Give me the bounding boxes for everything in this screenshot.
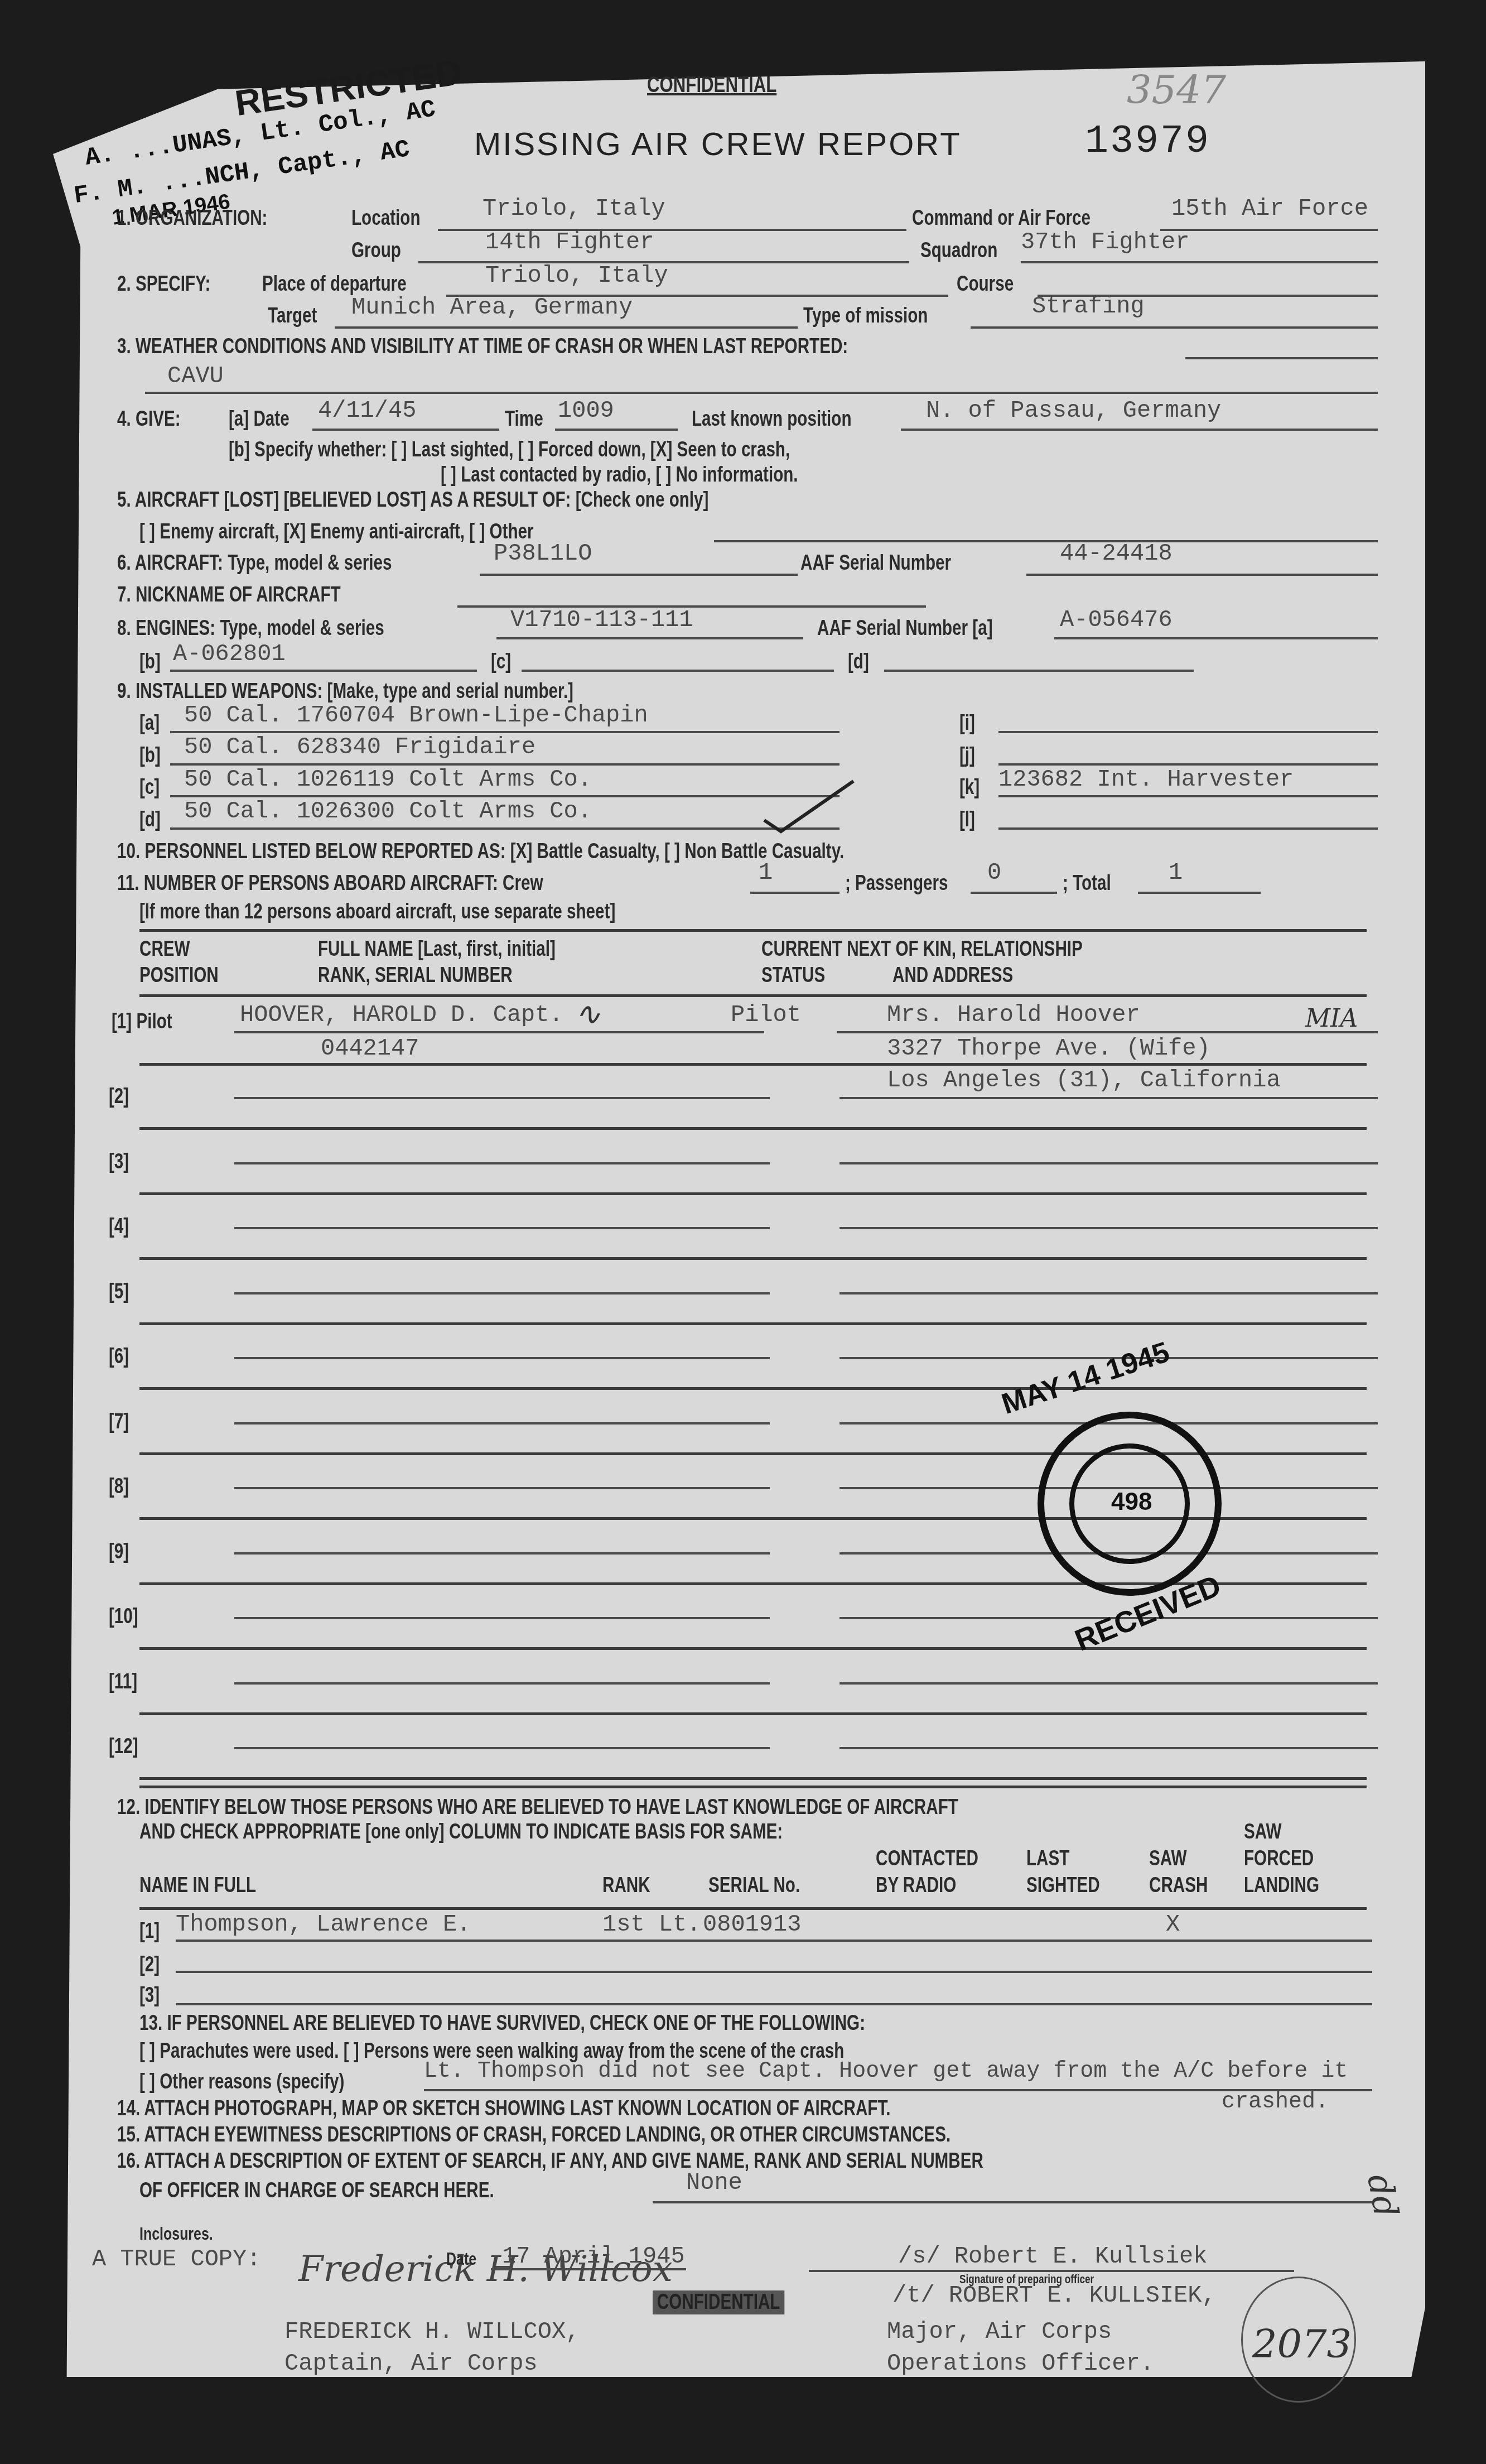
time-value: 1009 bbox=[558, 397, 614, 424]
weapon-key: [d] bbox=[139, 808, 161, 832]
weapon-line bbox=[998, 827, 1378, 830]
weapon-value: 50 Cal. 1026300 Colt Arms Co. bbox=[184, 798, 592, 825]
col-saw-crash-a: SAW bbox=[1149, 1847, 1187, 1871]
handwritten-file-number: 3547 bbox=[1127, 67, 1226, 113]
rank-serial-header: RANK, SERIAL NUMBER bbox=[318, 964, 513, 988]
section-3-label: 3. WEATHER CONDITIONS AND VISIBILITY AT … bbox=[117, 335, 848, 359]
section-12-label-line1: 12. IDENTIFY BELOW THOSE PERSONS WHO ARE… bbox=[117, 1796, 958, 1820]
engine-serial-b: A-062801 bbox=[173, 641, 286, 667]
section-8-label: 8. ENGINES: Type, model & series bbox=[117, 617, 384, 641]
margin-initials: dd bbox=[1359, 2171, 1405, 2220]
aircraft-serial-label: AAF Serial Number bbox=[800, 551, 951, 575]
engine-type-value: V1710-113-111 bbox=[510, 607, 693, 633]
kin-name: Mrs. Harold Hoover bbox=[887, 1002, 1140, 1028]
section-6-label: 6. AIRCRAFT: Type, model & series bbox=[117, 551, 392, 575]
section-13-other-cont: crashed. bbox=[1222, 2090, 1329, 2115]
time-line bbox=[555, 429, 678, 431]
weapon-key: [b] bbox=[139, 744, 161, 768]
search-officer-line bbox=[653, 2201, 1372, 2203]
kullsiek-title: Operations Officer. bbox=[887, 2350, 1154, 2377]
weapon-key: [a] bbox=[139, 711, 160, 735]
willcox-typed-name: FREDERICK H. WILLCOX, bbox=[284, 2318, 580, 2345]
kin-address-1: 3327 Thorpe Ave. (Wife) bbox=[887, 1035, 1210, 1062]
section-15-label: 15. ATTACH EYEWITNESS DESCRIPTIONS OF CR… bbox=[117, 2123, 951, 2147]
col-name-header: NAME IN FULL bbox=[139, 1874, 256, 1898]
crew-name: HOOVER, HAROLD D. Capt. bbox=[240, 1002, 563, 1028]
divider bbox=[139, 1387, 1367, 1390]
section-9-label: 9. INSTALLED WEAPONS: [Make, type and se… bbox=[117, 680, 573, 704]
passenger-count: 0 bbox=[987, 859, 1001, 886]
weapon-value: 50 Cal. 628340 Frigidaire bbox=[184, 734, 535, 761]
section-10-label: 10. PERSONNEL LISTED BELOW REPORTED AS: … bbox=[117, 840, 844, 864]
col-last-a: LAST bbox=[1026, 1847, 1069, 1871]
weapon-value: 123682 Int. Harvester bbox=[998, 766, 1294, 793]
section-13-other-label: [ ] Other reasons (specify) bbox=[139, 2070, 344, 2094]
mission-line bbox=[971, 326, 1378, 329]
crew-name-line bbox=[234, 1097, 770, 1099]
weather-value: CAVU bbox=[167, 363, 224, 389]
engine-b-label: [b] bbox=[139, 650, 161, 674]
divider bbox=[139, 1712, 1367, 1715]
aircraft-type-value: P38L1LO bbox=[494, 540, 592, 567]
crew-name-line bbox=[234, 1162, 770, 1164]
crew-row-number: [6] bbox=[109, 1345, 129, 1369]
crew-name-line bbox=[234, 1422, 770, 1424]
section-16-label-line2: OF OFFICER IN CHARGE OF SEARCH HERE. bbox=[139, 2179, 494, 2203]
witness-line bbox=[176, 1940, 1372, 1942]
crew-row-number: [5] bbox=[109, 1280, 129, 1304]
weapon-key: [c] bbox=[139, 776, 160, 800]
weapon-line bbox=[998, 763, 1378, 766]
witness-name: Thompson, Lawrence E. bbox=[176, 1911, 471, 1938]
engine-serial-b-line bbox=[170, 670, 477, 672]
kullsiek-rank: Major, Air Corps bbox=[887, 2318, 1112, 2345]
next-of-kin-header: CURRENT NEXT OF KIN, RELATIONSHIP bbox=[761, 937, 1083, 961]
kin-line bbox=[840, 1292, 1378, 1294]
weapon-line bbox=[170, 763, 840, 766]
kin-line bbox=[840, 1097, 1378, 1099]
section-16-label-line1: 16. ATTACH A DESCRIPTION OF EXTENT OF SE… bbox=[117, 2149, 983, 2173]
crew-name-line bbox=[234, 1552, 770, 1555]
section-13-label: 13. IF PERSONNEL ARE BELIEVED TO HAVE SU… bbox=[139, 2011, 865, 2035]
engine-serial-label: AAF Serial Number [a] bbox=[817, 617, 993, 641]
weapon-value: 50 Cal. 1760704 Brown-Lipe-Chapin bbox=[184, 702, 648, 729]
crew-row-number: [12] bbox=[109, 1735, 138, 1759]
date-line-footer bbox=[491, 2268, 686, 2270]
witness-rank: 1st Lt. bbox=[602, 1911, 701, 1938]
weapon-line bbox=[998, 731, 1378, 733]
total-count: 1 bbox=[1169, 859, 1183, 886]
col-sighted-header: SIGHTED bbox=[1026, 1874, 1100, 1898]
position-line bbox=[901, 429, 1378, 431]
true-copy-label: A TRUE COPY: bbox=[92, 2246, 260, 2273]
engine-serial-a-line bbox=[1054, 637, 1378, 639]
kullsiek-signature: /s/ Robert E. Kullsiek bbox=[898, 2243, 1208, 2270]
date-value-footer: 17 April 1945 bbox=[502, 2243, 685, 2270]
divider bbox=[139, 1127, 1367, 1130]
squadron-value: 37th Fighter bbox=[1021, 229, 1189, 256]
section-5-label: 5. AIRCRAFT [LOST] [BELIEVED LOST] AS A … bbox=[117, 488, 708, 512]
section-4-label: 4. GIVE: bbox=[117, 407, 181, 431]
weapon-key: [l] bbox=[959, 808, 975, 832]
crew-name-line bbox=[234, 1747, 770, 1749]
target-label: Target bbox=[268, 304, 317, 328]
full-name-header: FULL NAME [Last, first, initial] bbox=[318, 937, 556, 961]
location-value: Triolo, Italy bbox=[483, 195, 665, 222]
weather-line-1 bbox=[1185, 357, 1378, 359]
divider bbox=[139, 1907, 1367, 1910]
command-label: Command or Air Force bbox=[912, 206, 1091, 230]
specify-whether-line2: [ ] Last contacted by radio, [ ] No info… bbox=[441, 463, 798, 487]
weather-line-2 bbox=[145, 392, 1378, 394]
section-13-other-value: Lt. Thompson did not see Capt. Hoover ge… bbox=[424, 2059, 1348, 2084]
engine-type-line bbox=[496, 637, 803, 639]
classification-top: CONFIDENTIAL bbox=[647, 73, 776, 98]
total-count-line bbox=[1138, 892, 1261, 894]
group-value: 14th Fighter bbox=[485, 229, 654, 256]
divider bbox=[139, 1257, 1367, 1260]
specify-whether-line1: [b] Specify whether: [ ] Last sighted, [… bbox=[229, 438, 790, 462]
engine-serial-d-line bbox=[884, 670, 1194, 672]
received-dial-stamp: 498 bbox=[1038, 1412, 1222, 1596]
inclosures-label: Inclosures. bbox=[139, 2224, 213, 2244]
engine-d-label: [d] bbox=[848, 650, 869, 674]
crew-row-number: [11] bbox=[109, 1670, 137, 1694]
crew-row-number: [2] bbox=[109, 1085, 129, 1109]
crew-row-number: [1] Pilot bbox=[112, 1010, 172, 1034]
section-14-label: 14. ATTACH PHOTOGRAPH, MAP OR SKETCH SHO… bbox=[117, 2097, 890, 2121]
aircraft-type-line bbox=[480, 574, 798, 576]
crew-row-number: [10] bbox=[109, 1605, 138, 1629]
crew-name-line bbox=[234, 1292, 770, 1294]
position-value: N. of Passau, Germany bbox=[926, 397, 1221, 424]
weapon-line bbox=[998, 795, 1378, 797]
willcox-title: Captain, Air Corps bbox=[284, 2350, 538, 2377]
engine-serial-a: A-056476 bbox=[1060, 607, 1173, 633]
command-line bbox=[1160, 229, 1378, 231]
col-serial-header: SERIAL No. bbox=[708, 1874, 800, 1898]
crew-row-number: [7] bbox=[109, 1410, 129, 1434]
crew-name-line bbox=[234, 1227, 770, 1229]
col-landing-header: LANDING bbox=[1244, 1874, 1319, 1898]
divider bbox=[139, 1322, 1367, 1325]
witness-serial: 0801913 bbox=[703, 1911, 801, 1938]
section-5-options: [ ] Enemy aircraft, [X] Enemy anti-aircr… bbox=[139, 520, 534, 544]
time-label: Time bbox=[505, 407, 543, 431]
total-label: ; Total bbox=[1063, 872, 1111, 896]
report-title: MISSING AIR CREW REPORT bbox=[474, 126, 962, 163]
date-value: 4/11/45 bbox=[318, 397, 416, 424]
target-line bbox=[335, 326, 798, 329]
crew-name-line bbox=[234, 1617, 770, 1619]
section-11-label: 11. NUMBER OF PERSONS ABOARD AIRCRAFT: C… bbox=[117, 872, 543, 896]
engine-serial-c-line bbox=[522, 670, 834, 672]
kin-line bbox=[837, 1031, 1378, 1033]
witness-line bbox=[176, 1971, 1372, 1973]
aircraft-serial-value: 44-24418 bbox=[1060, 540, 1173, 567]
crew-serial: 0442147 bbox=[321, 1035, 419, 1062]
section-2-label: 2. SPECIFY: bbox=[117, 272, 210, 296]
col-rank-header: RANK bbox=[602, 1874, 650, 1898]
date-label-footer: Date bbox=[446, 2249, 476, 2269]
search-officer-value: None bbox=[686, 2169, 742, 2196]
divider bbox=[139, 1647, 1367, 1650]
section-7-label: 7. NICKNAME OF AIRCRAFT bbox=[117, 583, 341, 607]
section-1-label: 1. ORGANIZATION: bbox=[117, 206, 268, 230]
col-forced-a: FORCED bbox=[1244, 1847, 1314, 1871]
weapon-key: [k] bbox=[959, 776, 980, 800]
command-value: 15th Air Force bbox=[1171, 195, 1368, 222]
crew-name-line bbox=[234, 1682, 770, 1685]
witness-saw-crash: X bbox=[1166, 1911, 1180, 1938]
squadron-label: Squadron bbox=[920, 239, 997, 263]
crew-header: CREW bbox=[139, 937, 190, 961]
col-radio-header: BY RADIO bbox=[876, 1874, 956, 1898]
divider bbox=[139, 1192, 1367, 1195]
kullsiek-typed-name: /t/ ROBERT E. KULLSIEK, bbox=[892, 2282, 1216, 2309]
section-12-label-line2: AND CHECK APPROPRIATE [one only] COLUMN … bbox=[139, 1820, 783, 1844]
crew-name-line bbox=[234, 1357, 770, 1359]
section-11-note: [If more than 12 persons aboard aircraft… bbox=[139, 900, 615, 924]
witness-line bbox=[176, 2003, 1372, 2005]
departure-value: Triolo, Italy bbox=[485, 262, 668, 289]
course-label: Course bbox=[957, 272, 1014, 296]
report-number: 13979 bbox=[1085, 120, 1210, 164]
crew-row-number: [9] bbox=[109, 1540, 129, 1564]
initials-mark: ∿ bbox=[575, 996, 601, 1032]
weapon-line bbox=[170, 827, 840, 830]
checkmark-icon bbox=[759, 776, 859, 837]
group-label: Group bbox=[351, 239, 401, 263]
witness-row-number: [1] bbox=[139, 1919, 160, 1943]
kin-address-2: Los Angeles (31), California bbox=[887, 1067, 1281, 1094]
witness-row-number: [2] bbox=[139, 1953, 160, 1977]
target-value: Munich Area, Germany bbox=[351, 294, 633, 321]
location-label: Location bbox=[351, 206, 420, 230]
kin-line bbox=[840, 1227, 1378, 1229]
col-crash-header: CRASH bbox=[1149, 1874, 1208, 1898]
engine-c-label: [c] bbox=[491, 650, 511, 674]
crew-count: 1 bbox=[759, 859, 773, 886]
mission-label: Type of mission bbox=[803, 304, 928, 328]
status-header: STATUS bbox=[761, 964, 825, 988]
dial-center-number: 498 bbox=[1111, 1488, 1152, 1516]
weapon-line bbox=[170, 731, 840, 733]
crew-row-number: [8] bbox=[109, 1475, 129, 1499]
passengers-label: ; Passengers bbox=[845, 872, 948, 896]
crew-count-line bbox=[750, 892, 840, 894]
date-label: [a] Date bbox=[229, 407, 290, 431]
kin-line bbox=[840, 1747, 1378, 1749]
witness-row-number: [3] bbox=[139, 1984, 160, 2008]
divider bbox=[139, 1063, 1367, 1066]
crew-status: Pilot bbox=[731, 1002, 801, 1028]
crew-name-line bbox=[234, 1487, 770, 1489]
kin-line bbox=[840, 1162, 1378, 1164]
divider bbox=[139, 929, 1367, 932]
col-saw-forced-a: SAW bbox=[1244, 1820, 1282, 1844]
divider bbox=[139, 994, 1367, 997]
weapon-value: 50 Cal. 1026119 Colt Arms Co. bbox=[184, 766, 592, 793]
kin-line bbox=[840, 1682, 1378, 1685]
position-label: Last known position bbox=[692, 407, 852, 431]
date-line bbox=[312, 429, 499, 431]
col-contacted-a: CONTACTED bbox=[876, 1847, 978, 1871]
classification-bottom: CONFIDENTIAL bbox=[653, 2290, 784, 2314]
weapon-line bbox=[170, 795, 840, 797]
position-header: POSITION bbox=[139, 964, 219, 988]
divider bbox=[139, 1786, 1367, 1788]
crew-name-line bbox=[234, 1031, 764, 1033]
squadron-line bbox=[1021, 261, 1378, 263]
passenger-count-line bbox=[971, 892, 1057, 894]
mia-annotation: MIA bbox=[1305, 1004, 1358, 1033]
weapon-key: [i] bbox=[959, 711, 975, 735]
address-header: AND ADDRESS bbox=[892, 964, 1013, 988]
margin-number: 2073 bbox=[1252, 2321, 1352, 2367]
other-cause-line bbox=[714, 540, 1378, 542]
crew-row-number: [3] bbox=[109, 1150, 129, 1174]
crew-row-number: [4] bbox=[109, 1215, 129, 1239]
departure-label: Place of departure bbox=[262, 272, 407, 296]
divider bbox=[139, 1777, 1367, 1780]
weapon-key: [j] bbox=[959, 744, 975, 768]
mission-value: Strafing bbox=[1032, 293, 1145, 320]
aircraft-serial-line bbox=[1026, 574, 1378, 576]
